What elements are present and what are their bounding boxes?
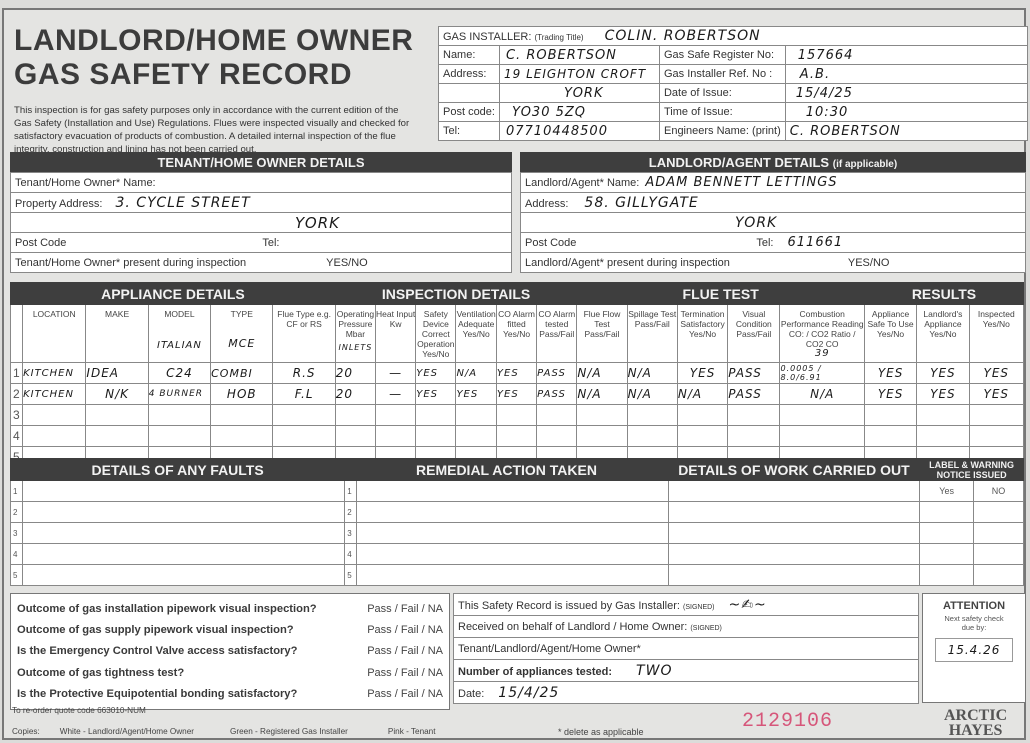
cell-landlords[interactable] bbox=[917, 426, 969, 447]
question-supply-pipework: Outcome of gas supply pipework visual in… bbox=[17, 619, 443, 640]
postcode-label: Post code: bbox=[439, 103, 500, 122]
property-address-label: Property Address: bbox=[15, 198, 102, 210]
row-number: 3 bbox=[11, 405, 23, 426]
question-ecv-access: Is the Emergency Control Valve access sa… bbox=[17, 641, 443, 662]
cell-model[interactable]: C24 bbox=[148, 363, 210, 384]
tenant-present-row[interactable]: Tenant/Home Owner* present during inspec… bbox=[11, 253, 512, 273]
label-yes-cell[interactable] bbox=[920, 523, 974, 544]
title-line-1: LANDLORD/HOME OWNER bbox=[14, 24, 414, 58]
cell-flue-type[interactable]: R.S bbox=[273, 363, 335, 384]
cell-type[interactable] bbox=[211, 405, 273, 426]
label-no-header: NO bbox=[974, 481, 1024, 502]
property-address-row-2[interactable]: YORK bbox=[11, 213, 512, 233]
fault-cell[interactable] bbox=[23, 565, 345, 586]
role-label: Tenant/Landlord/Agent/Home Owner* bbox=[458, 643, 641, 655]
landlord-name-row[interactable]: Landlord/Agent* Name:ADAM BENNETT LETTIN… bbox=[521, 173, 1026, 193]
attention-subtitle: Next safety check due by: bbox=[944, 614, 1004, 632]
faults-banner: DETAILS OF ANY FAULTS bbox=[11, 459, 345, 481]
tenant-postcode-label: Post Code bbox=[15, 237, 66, 249]
remedial-cell[interactable] bbox=[357, 544, 668, 565]
cell-flue-flow[interactable] bbox=[577, 426, 627, 447]
landlord-present-yes-no[interactable]: YES/NO bbox=[848, 257, 890, 269]
cell-make[interactable]: N/K bbox=[86, 384, 148, 405]
row-number: 4 bbox=[11, 426, 23, 447]
appliances-tested-field[interactable]: TWO bbox=[636, 663, 672, 679]
pass-fail-na-select[interactable]: Pass / Fail / NA bbox=[367, 624, 443, 636]
signature-block: This Safety Record is issued by Gas Inst… bbox=[453, 593, 919, 704]
cell-type[interactable]: COMBI bbox=[211, 363, 273, 384]
col-visual-condition: Visual Condition Pass/Fail bbox=[728, 305, 780, 363]
cell-safe-to-use[interactable]: YES bbox=[864, 363, 916, 384]
landlord-address-line2[interactable]: YORK bbox=[735, 215, 777, 231]
col-safety-device: Safety Device Correct Operation Yes/No bbox=[416, 305, 456, 363]
landlord-banner: LANDLORD/AGENT DETAILS (if applicable) bbox=[520, 152, 1026, 172]
landlord-address-row[interactable]: Address:58. GILLYGATE bbox=[521, 193, 1026, 213]
col-operating-pressure: Operating Pressure MbarINLETS bbox=[335, 305, 375, 363]
copies-line: Copies: White - Landlord/Agent/Home Owne… bbox=[12, 727, 436, 736]
label-no-cell[interactable] bbox=[974, 523, 1024, 544]
property-address-line1[interactable]: 3. CYCLE STREET bbox=[116, 195, 251, 211]
cell-termination[interactable] bbox=[677, 405, 727, 426]
sign-date-field[interactable]: 15/4/25 bbox=[498, 685, 559, 701]
cell-co-tested[interactable]: PASS bbox=[537, 384, 577, 405]
cell-type[interactable]: HOB bbox=[211, 384, 273, 405]
date-issue-label: Date of Issue: bbox=[659, 84, 785, 103]
copy-green: Green - Registered Gas Installer bbox=[230, 727, 348, 736]
tenant-banner: TENANT/HOME OWNER DETAILS bbox=[10, 152, 512, 172]
cell-landlords[interactable]: YES bbox=[917, 384, 969, 405]
tel-label: Tel: bbox=[439, 122, 500, 141]
sign-date-label: Date: bbox=[458, 688, 484, 700]
next-check-due-field[interactable]: 15.4.26 bbox=[935, 638, 1013, 662]
tenant-present-label: Tenant/Home Owner* present during inspec… bbox=[15, 257, 246, 269]
cell-make[interactable] bbox=[86, 405, 148, 426]
brand-logo: ARCTIC HAYES bbox=[944, 708, 1007, 738]
serial-number: 2129106 bbox=[742, 710, 833, 733]
cell-ventilation[interactable]: N/A bbox=[456, 363, 496, 384]
pressure-annotation: INLETS bbox=[336, 343, 375, 353]
cell-spillage[interactable] bbox=[627, 426, 677, 447]
tenant-name-label: Tenant/Home Owner* Name: bbox=[15, 177, 156, 189]
trading-title-sub: (Trading Title) bbox=[535, 33, 584, 42]
pass-fail-na-select[interactable]: Pass / Fail / NA bbox=[367, 688, 443, 700]
cell-co-tested[interactable] bbox=[537, 426, 577, 447]
copy-white: White - Landlord/Agent/Home Owner bbox=[60, 727, 194, 736]
col-model-label: MODEL bbox=[149, 309, 210, 319]
question-text: Outcome of gas supply pipework visual in… bbox=[17, 624, 294, 636]
cell-make[interactable]: IDEA bbox=[86, 363, 148, 384]
cell-location[interactable] bbox=[23, 426, 86, 447]
row-num-header bbox=[11, 305, 23, 363]
cell-inspected[interactable]: YES bbox=[969, 384, 1023, 405]
cell-visual[interactable] bbox=[728, 405, 780, 426]
col-landlords-appliance: Landlord's Appliance Yes/No bbox=[917, 305, 969, 363]
cell-make[interactable] bbox=[86, 426, 148, 447]
fault-cell[interactable] bbox=[23, 481, 345, 502]
address-label: Address: bbox=[439, 65, 500, 84]
title-line-2: GAS SAFETY RECORD bbox=[14, 58, 414, 92]
col-make: MAKE bbox=[86, 305, 148, 363]
trading-title-value[interactable]: COLIN. ROBERTSON bbox=[605, 28, 761, 44]
landlord-banner-title: LANDLORD/AGENT DETAILS bbox=[649, 155, 829, 170]
cell-model[interactable] bbox=[148, 405, 210, 426]
cell-model[interactable] bbox=[148, 426, 210, 447]
landlord-postcode-row[interactable]: Post CodeTel:611661 bbox=[521, 233, 1026, 253]
intro-text: This inspection is for gas safety purpos… bbox=[14, 104, 414, 156]
cell-co-fitted[interactable] bbox=[496, 405, 536, 426]
table-row: 3 bbox=[11, 405, 1024, 426]
appliance-details-banner: APPLIANCE DETAILS bbox=[11, 283, 336, 305]
cell-flue-type[interactable] bbox=[273, 405, 335, 426]
label-warning-banner: LABEL & WARNING NOTICE ISSUED bbox=[920, 459, 1024, 481]
issued-sub: (SIGNED) bbox=[683, 604, 715, 611]
cell-spillage[interactable]: N/A bbox=[627, 363, 677, 384]
pass-fail-na-select[interactable]: Pass / Fail / NA bbox=[367, 667, 443, 679]
role-row[interactable]: Tenant/Landlord/Agent/Home Owner* bbox=[454, 638, 919, 660]
cell-termination[interactable] bbox=[677, 426, 727, 447]
installer-signature[interactable]: ~✍~ bbox=[729, 597, 767, 613]
cell-co-fitted[interactable] bbox=[496, 426, 536, 447]
landlord-address-line1[interactable]: 58. GILLYGATE bbox=[584, 195, 698, 211]
cell-landlords[interactable]: YES bbox=[917, 363, 969, 384]
question-text: Outcome of gas tightness test? bbox=[17, 667, 184, 679]
landlord-present-label: Landlord/Agent* present during inspectio… bbox=[525, 257, 730, 269]
received-signature-row[interactable]: Received on behalf of Landlord / Home Ow… bbox=[454, 616, 919, 638]
cell-safety-device[interactable] bbox=[416, 405, 456, 426]
remedial-row-number: 4 bbox=[345, 544, 357, 565]
cell-ventilation[interactable]: YES bbox=[456, 384, 496, 405]
fault-row-number: 4 bbox=[11, 544, 23, 565]
cell-pressure[interactable] bbox=[335, 426, 375, 447]
col-type: TYPEMCE bbox=[211, 305, 273, 363]
remedial-row-number: 1 bbox=[345, 481, 357, 502]
results-banner: RESULTS bbox=[864, 283, 1023, 305]
cell-co-tested[interactable]: PASS bbox=[537, 363, 577, 384]
label-no-cell[interactable] bbox=[974, 544, 1024, 565]
label-no-cell[interactable] bbox=[974, 565, 1024, 586]
label-yes-cell[interactable] bbox=[920, 544, 974, 565]
col-flue-flow: Flue Flow Test Pass/Fail bbox=[577, 305, 627, 363]
cell-inspected[interactable]: YES bbox=[969, 363, 1023, 384]
cell-combustion[interactable] bbox=[780, 426, 864, 447]
cell-flue-flow[interactable]: N/A bbox=[577, 363, 627, 384]
question-pipework-visual: Outcome of gas installation pipework vis… bbox=[17, 598, 443, 619]
register-number-field[interactable]: 157664 bbox=[785, 46, 1027, 65]
col-heat-input: Heat Input Kw bbox=[376, 305, 416, 363]
inspection-details-banner: INSPECTION DETAILS bbox=[335, 283, 577, 305]
type-annotation: MCE bbox=[211, 339, 272, 349]
landlord-postcode-label: Post Code bbox=[525, 237, 576, 249]
cell-flue-type[interactable] bbox=[273, 426, 335, 447]
cell-heat-input[interactable] bbox=[376, 426, 416, 447]
landlord-name-label: Landlord/Agent* Name: bbox=[525, 177, 639, 189]
fault-cell[interactable] bbox=[23, 544, 345, 565]
landlord-banner-sub: (if applicable) bbox=[833, 159, 897, 170]
installer-ref-field[interactable]: A.B. bbox=[785, 65, 1027, 84]
cell-flue-type[interactable]: F.L bbox=[273, 384, 335, 405]
table-row: 2 KITCHEN N/K 4 BURNER HOB F.L 20 — YES … bbox=[11, 384, 1024, 405]
form-title: LANDLORD/HOME OWNER GAS SAFETY RECORD bbox=[14, 24, 414, 92]
cell-co-fitted[interactable]: YES bbox=[496, 363, 536, 384]
col-co-alarm-tested: CO Alarm tested Pass/Fail bbox=[537, 305, 577, 363]
tenant-postcode-row[interactable]: Post CodeTel: bbox=[11, 233, 512, 253]
time-issue-label: Time of Issue: bbox=[659, 103, 785, 122]
cell-model[interactable]: 4 BURNER bbox=[148, 384, 210, 405]
trading-title-row[interactable]: GAS INSTALLER: (Trading Title) COLIN. RO… bbox=[439, 27, 1028, 46]
engineer-name-field[interactable]: C. ROBERTSON bbox=[785, 122, 1027, 141]
work-cell[interactable] bbox=[668, 523, 919, 544]
work-cell[interactable] bbox=[668, 544, 919, 565]
installer-name-field[interactable]: C. ROBERTSON bbox=[499, 46, 659, 65]
combustion-co-annotation: 39 bbox=[780, 349, 863, 359]
question-tightness-test: Outcome of gas tightness test?Pass / Fai… bbox=[17, 662, 443, 683]
cell-ventilation[interactable] bbox=[456, 405, 496, 426]
fault-row-number: 5 bbox=[11, 565, 23, 586]
cell-combustion[interactable]: 0.0005 / 8.0/6.91 bbox=[780, 363, 864, 384]
remedial-row-number: 5 bbox=[345, 565, 357, 586]
question-text: Is the Emergency Control Valve access sa… bbox=[17, 645, 297, 657]
sign-date-row[interactable]: Date:15/4/25 bbox=[454, 682, 919, 704]
reorder-code: To re-order quote code 663010-NUM bbox=[12, 706, 146, 715]
fault-cell[interactable] bbox=[23, 523, 345, 544]
received-label: Received on behalf of Landlord / Home Ow… bbox=[458, 621, 687, 633]
address-blank bbox=[439, 84, 500, 103]
col-inspected: Inspected Yes/No bbox=[969, 305, 1023, 363]
engineer-label: Engineers Name: (print) bbox=[659, 122, 785, 141]
question-bonding: Is the Protective Equipotential bonding … bbox=[17, 684, 443, 705]
remedial-row-number: 3 bbox=[345, 523, 357, 544]
remedial-cell[interactable] bbox=[357, 502, 668, 523]
installer-tel-field[interactable]: 07710448500 bbox=[499, 122, 659, 141]
cell-flue-flow[interactable]: N/A bbox=[577, 384, 627, 405]
cell-pressure[interactable]: 20 bbox=[335, 363, 375, 384]
landlord-address-label: Address: bbox=[525, 198, 568, 210]
cell-spillage[interactable] bbox=[627, 405, 677, 426]
inspection-questions: Outcome of gas installation pipework vis… bbox=[10, 593, 450, 710]
register-label: Gas Safe Register No: bbox=[659, 46, 785, 65]
cell-visual[interactable] bbox=[728, 426, 780, 447]
property-address-line2[interactable]: YORK bbox=[295, 214, 340, 232]
cell-safe-to-use[interactable] bbox=[864, 405, 916, 426]
tenant-present-yes-no[interactable]: YES/NO bbox=[326, 257, 368, 269]
appliance-table: APPLIANCE DETAILS INSPECTION DETAILS FLU… bbox=[10, 282, 1024, 468]
tenant-tel-label: Tel: bbox=[262, 237, 279, 249]
copy-pink: Pink - Tenant bbox=[388, 727, 436, 736]
col-combustion-label: Combustion Performance Reading CO: / CO2… bbox=[780, 309, 863, 349]
delete-note: * delete as applicable bbox=[558, 727, 644, 737]
cell-location[interactable]: KITCHEN bbox=[23, 363, 86, 384]
cell-ventilation[interactable] bbox=[456, 426, 496, 447]
work-cell[interactable] bbox=[668, 481, 919, 502]
remedial-cell[interactable] bbox=[357, 481, 668, 502]
fault-row-number: 1 bbox=[11, 481, 23, 502]
landlord-details: LANDLORD/AGENT DETAILS (if applicable) L… bbox=[520, 152, 1026, 273]
cell-co-fitted[interactable]: YES bbox=[496, 384, 536, 405]
faults-table: DETAILS OF ANY FAULTS REMEDIAL ACTION TA… bbox=[10, 458, 1024, 586]
cell-location[interactable] bbox=[23, 405, 86, 426]
cell-inspected[interactable] bbox=[969, 405, 1023, 426]
fault-cell[interactable] bbox=[23, 502, 345, 523]
pass-fail-na-select[interactable]: Pass / Fail / NA bbox=[367, 603, 443, 615]
gas-safety-record-form: LANDLORD/HOME OWNER GAS SAFETY RECORD Th… bbox=[2, 8, 1026, 740]
appliances-tested-row[interactable]: Number of appliances tested:TWO bbox=[454, 660, 919, 682]
cell-visual[interactable]: PASS bbox=[728, 384, 780, 405]
col-spillage: Spillage Test Pass/Fail bbox=[627, 305, 677, 363]
landlord-address-row-2[interactable]: YORK bbox=[521, 213, 1026, 233]
fault-row-number: 3 bbox=[11, 523, 23, 544]
remedial-row-number: 2 bbox=[345, 502, 357, 523]
cell-safety-device[interactable]: YES bbox=[416, 363, 456, 384]
cell-visual[interactable]: PASS bbox=[728, 363, 780, 384]
col-combustion: Combustion Performance Reading CO: / CO2… bbox=[780, 305, 864, 363]
installer-signature-row[interactable]: This Safety Record is issued by Gas Inst… bbox=[454, 594, 919, 616]
cell-heat-input[interactable]: — bbox=[376, 363, 416, 384]
trading-title-label: GAS INSTALLER: bbox=[443, 31, 531, 43]
pass-fail-na-select[interactable]: Pass / Fail / NA bbox=[367, 645, 443, 657]
copies-label: Copies: bbox=[12, 727, 40, 736]
row-number: 1 bbox=[11, 363, 23, 384]
attention-title: ATTENTION bbox=[923, 600, 1025, 612]
fault-row-number: 2 bbox=[11, 502, 23, 523]
col-termination: Termination Satisfactory Yes/No bbox=[677, 305, 727, 363]
col-pressure-label: Operating Pressure Mbar bbox=[336, 309, 375, 339]
received-sub: (SIGNED) bbox=[690, 625, 722, 632]
property-address-row[interactable]: Property Address: 3. CYCLE STREET bbox=[11, 193, 512, 213]
question-text: Is the Protective Equipotential bonding … bbox=[17, 688, 297, 700]
table-row: 4 bbox=[11, 426, 1024, 447]
remedial-banner: REMEDIAL ACTION TAKEN bbox=[345, 459, 668, 481]
cell-heat-input[interactable] bbox=[376, 405, 416, 426]
landlord-tel-label: Tel: bbox=[756, 237, 773, 249]
landlord-name-field[interactable]: ADAM BENNETT LETTINGS bbox=[645, 175, 837, 190]
question-text: Outcome of gas installation pipework vis… bbox=[17, 603, 317, 615]
appliances-tested-label: Number of appliances tested: bbox=[458, 666, 612, 678]
col-model: MODELITALIAN bbox=[148, 305, 210, 363]
remedial-cell[interactable] bbox=[357, 523, 668, 544]
col-type-label: TYPE bbox=[211, 309, 272, 319]
date-issue-field[interactable]: 15/4/25 bbox=[785, 84, 1027, 103]
col-co-alarm-fitted: CO Alarm fitted Yes/No bbox=[496, 305, 536, 363]
time-issue-field[interactable]: 10:30 bbox=[785, 103, 1027, 122]
cell-flue-flow[interactable] bbox=[577, 405, 627, 426]
label-no-cell[interactable] bbox=[974, 502, 1024, 523]
installer-details: GAS INSTALLER: (Trading Title) COLIN. RO… bbox=[438, 26, 1028, 141]
cell-safety-device[interactable] bbox=[416, 426, 456, 447]
remedial-cell[interactable] bbox=[357, 565, 668, 586]
col-ventilation: Ventilation Adequate Yes/No bbox=[456, 305, 496, 363]
cell-location[interactable]: KITCHEN bbox=[23, 384, 86, 405]
cell-pressure[interactable] bbox=[335, 405, 375, 426]
work-cell[interactable] bbox=[668, 565, 919, 586]
cell-landlords[interactable] bbox=[917, 405, 969, 426]
cell-spillage[interactable]: N/A bbox=[627, 384, 677, 405]
cell-termination[interactable]: YES bbox=[677, 363, 727, 384]
ref-label: Gas Installer Ref. No : bbox=[659, 65, 785, 84]
cell-heat-input[interactable]: — bbox=[376, 384, 416, 405]
row-number: 2 bbox=[11, 384, 23, 405]
cell-co-tested[interactable] bbox=[537, 405, 577, 426]
cell-combustion[interactable]: N/A bbox=[780, 384, 864, 405]
landlord-tel-field[interactable]: 611661 bbox=[788, 235, 844, 250]
cell-safe-to-use[interactable] bbox=[864, 426, 916, 447]
label-yes-cell[interactable] bbox=[920, 502, 974, 523]
installer-postcode-field[interactable]: YO30 5ZQ bbox=[499, 103, 659, 122]
cell-inspected[interactable] bbox=[969, 426, 1023, 447]
installer-address-line2[interactable]: YORK bbox=[499, 84, 659, 103]
label-yes-header: Yes bbox=[920, 481, 974, 502]
tenant-name-row[interactable]: Tenant/Home Owner* Name: bbox=[11, 173, 512, 193]
model-annotation: ITALIAN bbox=[149, 341, 210, 351]
work-cell[interactable] bbox=[668, 502, 919, 523]
issued-label: This Safety Record is issued by Gas Inst… bbox=[458, 600, 680, 612]
work-banner: DETAILS OF WORK CARRIED OUT bbox=[668, 459, 919, 481]
cell-combustion[interactable] bbox=[780, 405, 864, 426]
col-safe-to-use: Appliance Safe To Use Yes/No bbox=[864, 305, 916, 363]
col-location: LOCATION bbox=[23, 305, 86, 363]
col-flue-type: Flue Type e.g. CF or RS bbox=[273, 305, 335, 363]
cell-safe-to-use[interactable]: YES bbox=[864, 384, 916, 405]
brand-line-1: ARCTIC bbox=[944, 708, 1007, 723]
installer-address-line1[interactable]: 19 LEIGHTON CROFT bbox=[499, 65, 659, 84]
tenant-details: TENANT/HOME OWNER DETAILS Tenant/Home Ow… bbox=[10, 152, 512, 273]
name-label: Name: bbox=[439, 46, 500, 65]
cell-type[interactable] bbox=[211, 426, 273, 447]
cell-safety-device[interactable]: YES bbox=[416, 384, 456, 405]
cell-pressure[interactable]: 20 bbox=[335, 384, 375, 405]
cell-termination[interactable]: N/A bbox=[677, 384, 727, 405]
label-yes-cell[interactable] bbox=[920, 565, 974, 586]
table-row: 1 KITCHEN IDEA C24 COMBI R.S 20 — YES N/… bbox=[11, 363, 1024, 384]
brand-line-2: HAYES bbox=[944, 723, 1007, 738]
landlord-present-row[interactable]: Landlord/Agent* present during inspectio… bbox=[521, 253, 1026, 273]
flue-test-banner: FLUE TEST bbox=[577, 283, 865, 305]
attention-box: ATTENTION Next safety check due by: 15.4… bbox=[922, 593, 1026, 703]
